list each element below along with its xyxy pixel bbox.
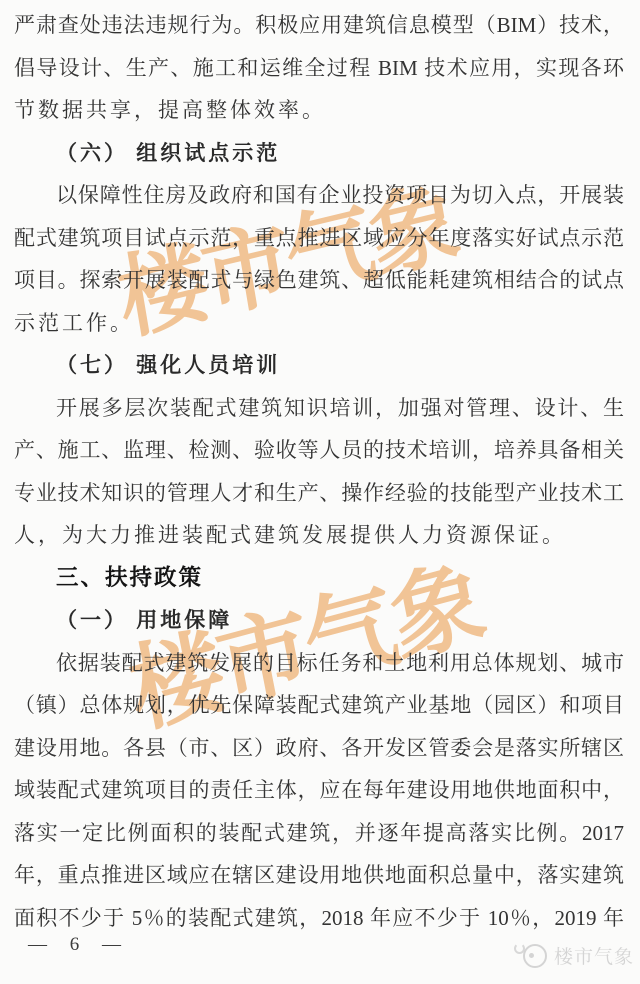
text-line: 项目。探索开展装配式与绿色建筑、超低能耗建筑相结合的试点 bbox=[14, 259, 624, 302]
text-line: 产、施工、监理、检测、验收等人员的技术培训，培养具备相关 bbox=[14, 429, 624, 472]
text-line: 人，为大力推进装配式建筑发展提供人力资源保证。 bbox=[14, 514, 624, 557]
document-page: 楼市气象 楼市气象 严肃查处违法违规行为。积极应用建筑信息模型（BIM）技术，倡… bbox=[0, 0, 640, 984]
text-line: 示范工作。 bbox=[14, 302, 624, 345]
text-line: 节数据共享，提高整体效率。 bbox=[14, 89, 624, 132]
text-line: 依据装配式建筑发展的目标任务和土地利用总体规划、城市 bbox=[14, 642, 624, 685]
text-line: （镇）总体规划，优先保障装配式建筑产业基地（园区）和项目 bbox=[14, 684, 624, 727]
logo-text: 楼市气象 bbox=[554, 942, 634, 969]
text-line: 域装配式建筑项目的责任主体，应在每年建设用地供地面积中， bbox=[14, 769, 624, 812]
section-heading: 三、扶持政策 bbox=[14, 557, 624, 600]
publisher-logo: 楼市气象 bbox=[513, 942, 634, 969]
clause-heading: （七） 强化人员培训 bbox=[14, 344, 624, 387]
text-line: 落实一定比例面积的装配式建筑，并逐年提高落实比例。2017 bbox=[14, 812, 624, 855]
text-line: 专业技术知识的管理人才和生产、操作经验的技能型产业技术工 bbox=[14, 472, 624, 515]
text-line: 配式建筑项目试点示范，重点推进区域应分年度落实好试点示范 bbox=[14, 217, 624, 260]
text-line: 建设用地。各县（市、区）政府、各开发区管委会是落实所辖区 bbox=[14, 727, 624, 770]
text-line: 以保障性住房及政府和国有企业投资项目为切入点，开展装 bbox=[14, 174, 624, 217]
text-line: 面积不少于 5％的装配式建筑，2018 年应不少于 10％，2019 年 bbox=[14, 897, 624, 940]
weather-face-icon bbox=[523, 944, 547, 968]
text-line: 年，重点推进区域应在辖区建设用地供地面积总量中，落实建筑 bbox=[14, 854, 624, 897]
page-number: — 6 — bbox=[28, 934, 130, 956]
document-body: 严肃查处违法违规行为。积极应用建筑信息模型（BIM）技术，倡导设计、生产、施工和… bbox=[14, 4, 624, 939]
text-line: 倡导设计、生产、施工和运维全过程 BIM 技术应用，实现各环 bbox=[14, 47, 624, 90]
text-line: 开展多层次装配式建筑知识培训，加强对管理、设计、生 bbox=[14, 387, 624, 430]
text-line: 严肃查处违法违规行为。积极应用建筑信息模型（BIM）技术， bbox=[14, 4, 624, 47]
clause-heading: （六） 组织试点示范 bbox=[14, 132, 624, 175]
clause-heading: （一） 用地保障 bbox=[14, 599, 624, 642]
